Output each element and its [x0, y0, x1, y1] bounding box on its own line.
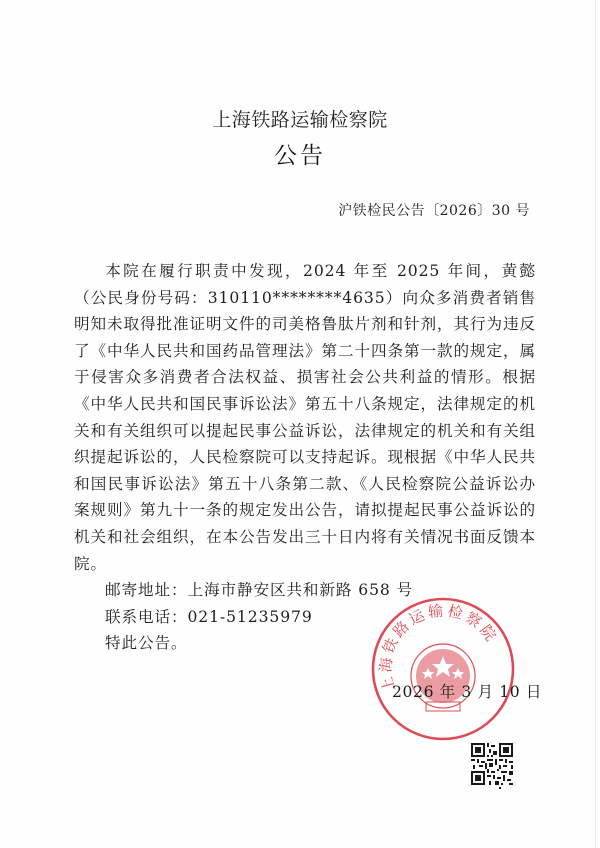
- qr-code-icon[interactable]: [471, 743, 513, 789]
- document-date: 2026 年 3 月 10 日: [392, 680, 542, 702]
- document-number: 沪铁检民公告〔2026〕30 号: [338, 200, 530, 220]
- document-title: 公告: [0, 137, 600, 170]
- document-page: 上海铁路运输检察院 公告 沪铁检民公告〔2026〕30 号 本院在履行职责中发现…: [0, 0, 600, 848]
- official-seal-icon: 上海铁路运输检察院: [368, 594, 518, 744]
- organization-name: 上海铁路运输检察院: [0, 105, 600, 132]
- main-paragraph: 本院在履行职责中发现，2024 年至 2025 年间，黄懿（公民身份号码：310…: [74, 258, 536, 577]
